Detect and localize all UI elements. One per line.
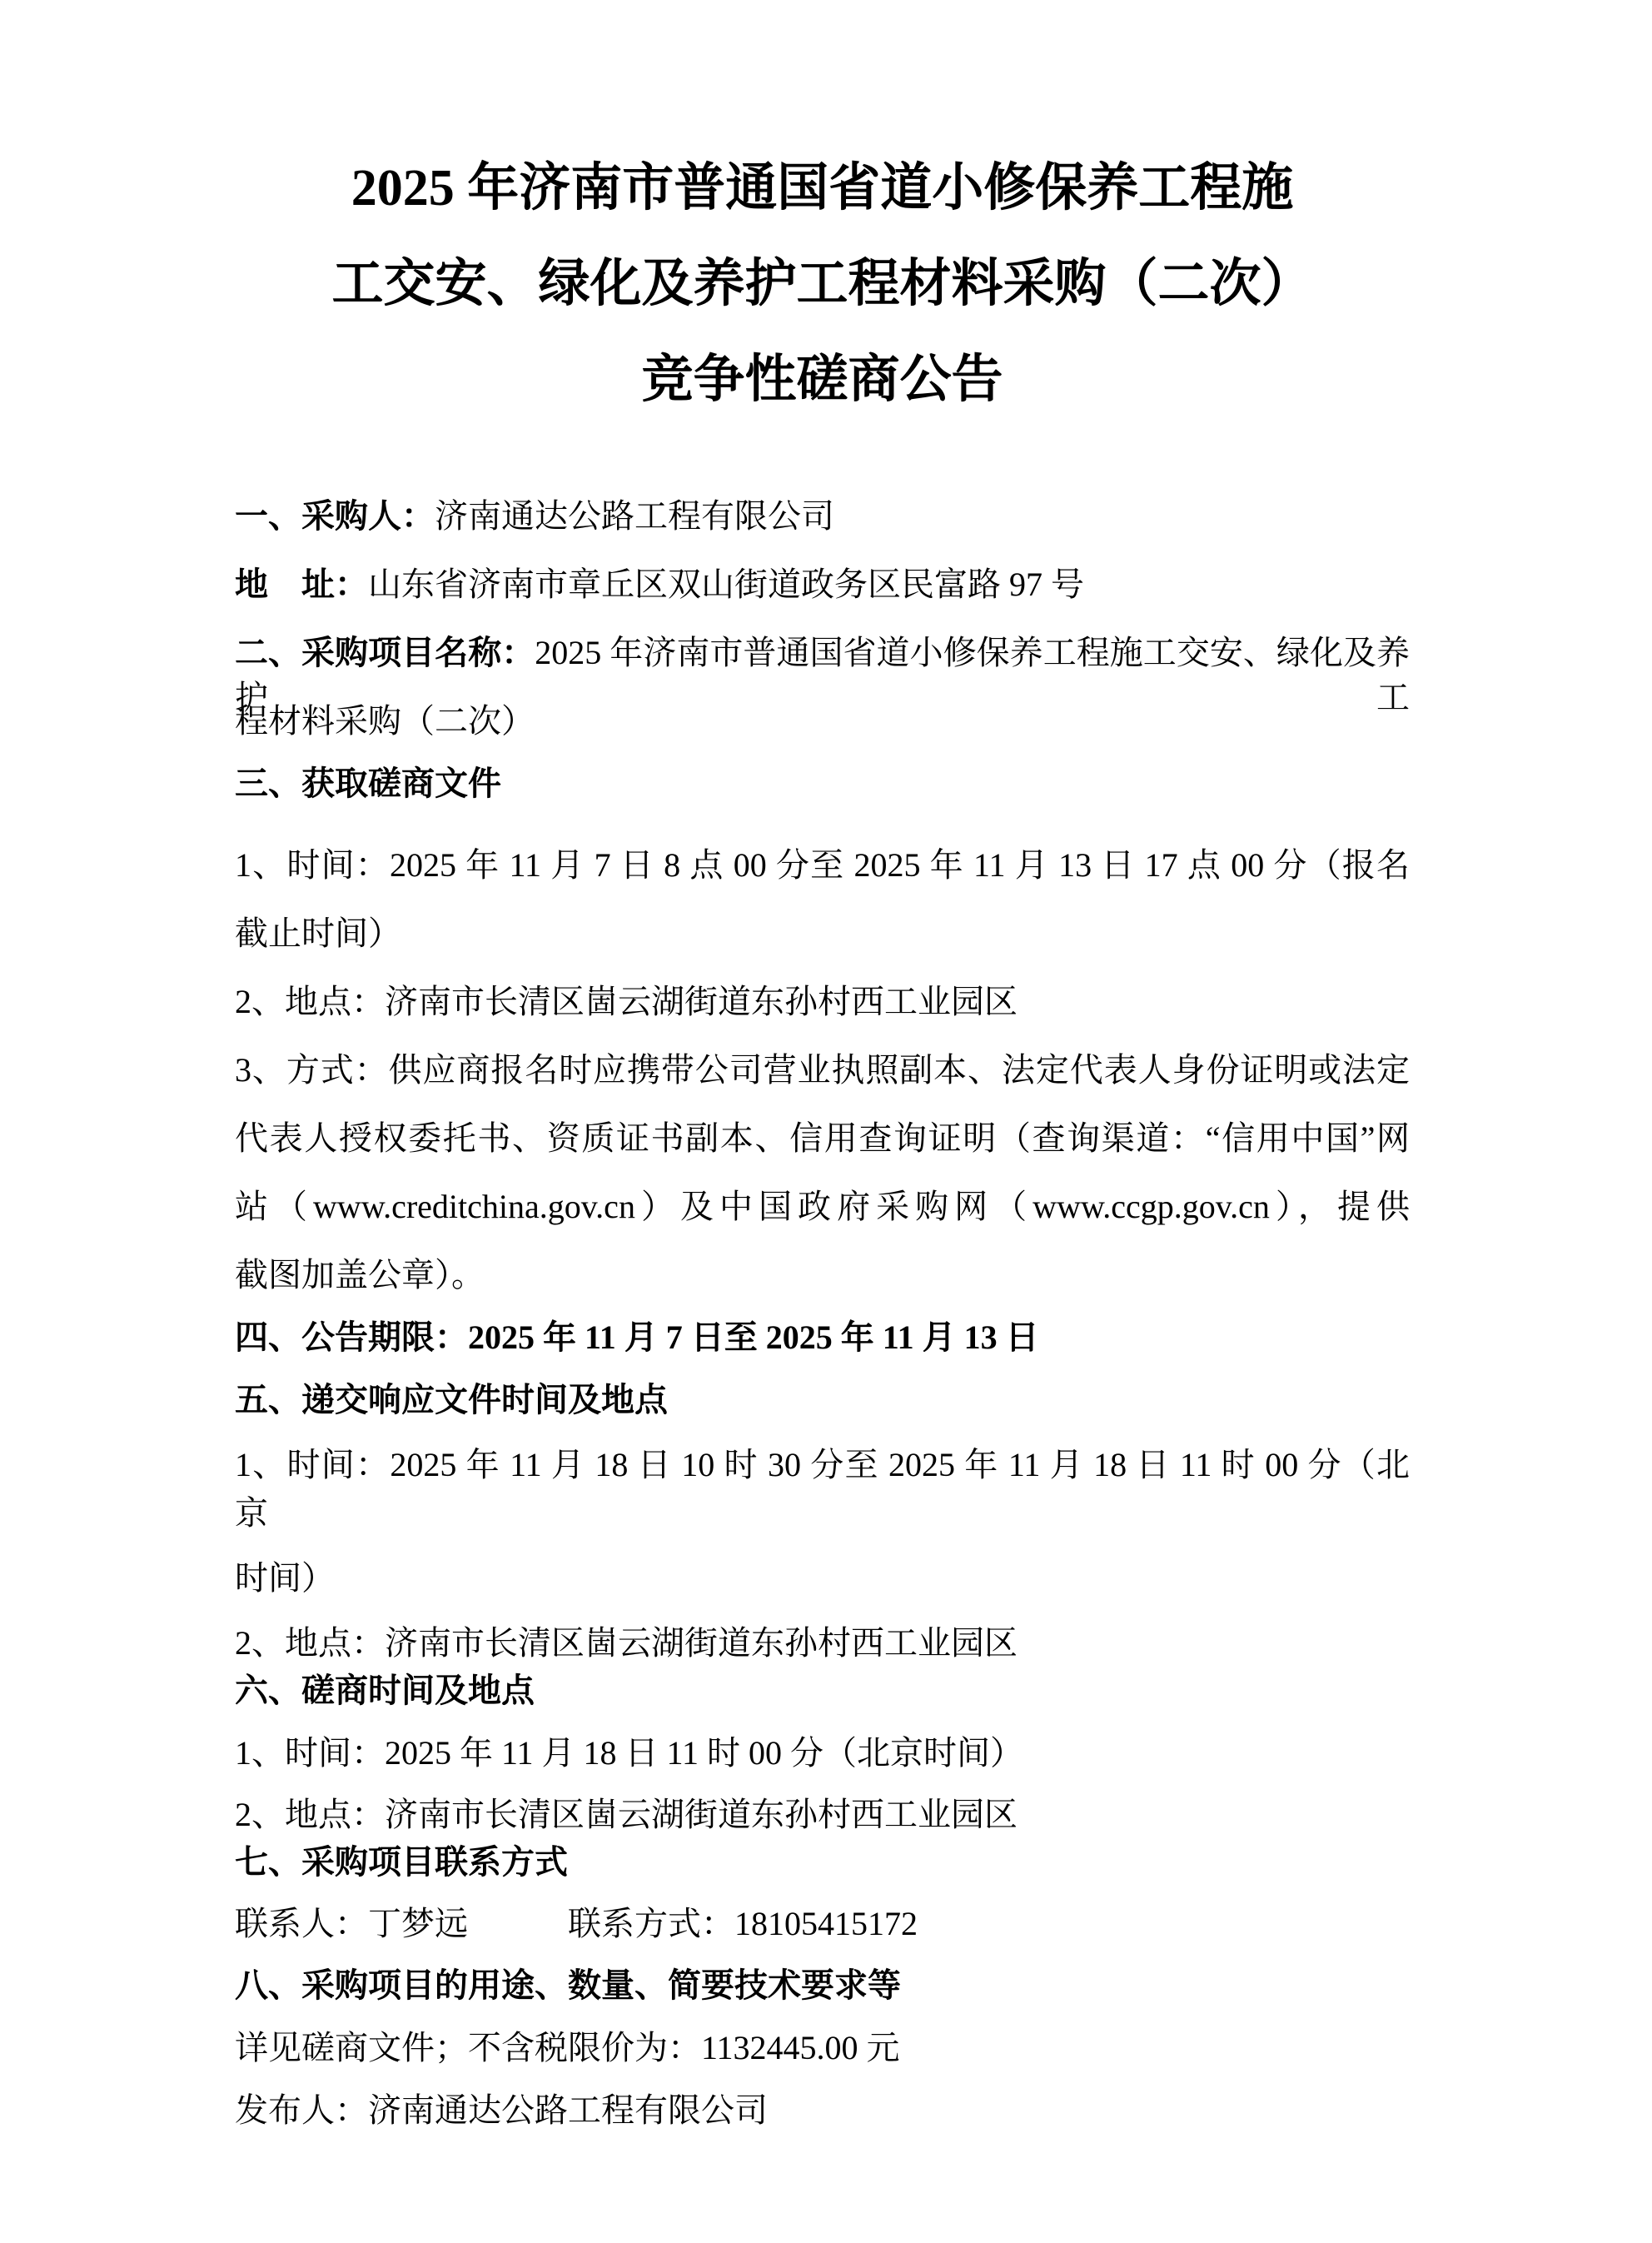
obtain-method-line-3: 站（www.creditchina.gov.cn）及中国政府采购网（www.cc… [235,1184,1410,1253]
line-text: 站（www.creditchina.gov.cn）及中国政府采购网（www.cc… [235,1188,1410,1225]
line-text: 3、方式：供应商报名时应携带公司营业执照副本、法定代表人身份证明或法定 [235,1051,1410,1089]
section-heading-response-submission: 五、递交响应文件时间及地点 [235,1378,1410,1443]
document-title-line-3: 竞争性磋商公告 [235,332,1410,428]
address-line: 地 址：山东省济南市章丘区双山街道政务区民富路 97 号 [235,562,1410,631]
section-heading-obtain-documents: 三、获取磋商文件 [235,761,1410,843]
line-text: 济南通达公路工程有限公司 [435,497,834,535]
line-label: 四、公告期限：2025 年 11 月 7 日至 2025 年 11 月 13 日 [235,1318,1039,1356]
line-text: 程材料采购（二次） [235,702,535,740]
consultation-time-line: 1、时间：2025 年 11 月 18 日 11 时 00 分（北京时间） [235,1731,1410,1792]
line-text: 截止时间） [235,915,401,952]
line-label: 地 址： [235,566,368,603]
line-text: 1、时间：2025 年 11 月 18 日 10 时 30 分至 2025 年 … [235,1446,1410,1483]
line-text: 发布人：济南通达公路工程有限公司 [235,2091,768,2129]
obtain-method-line-4: 截图加盖公章）。 [235,1253,1410,1315]
purchaser-line: 一、采购人：济南通达公路工程有限公司 [235,494,1410,562]
line-label: 二、采购项目名称： [235,634,535,671]
section-heading-requirements: 八、采购项目的用途、数量、简要技术要求等 [235,1963,1410,2026]
requirements-line: 详见磋商文件；不含税限价为：1132445.00 元 [235,2026,1410,2088]
line-text: 2、地点：济南市长清区崮云湖街道东孙村西工业园区 [235,1624,1018,1662]
line-text: 山东省济南市章丘区双山街道政务区民富路 97 号 [368,566,1084,603]
publisher-line: 发布人：济南通达公路工程有限公司 [235,2088,1410,2151]
obtain-method-line-1: 3、方式：供应商报名时应携带公司营业执照副本、法定代表人身份证明或法定 [235,1048,1410,1116]
obtain-time-continuation-line: 截止时间） [235,911,1410,979]
section-heading-contact: 七、采购项目联系方式 [235,1840,1410,1902]
line-label: 三、获取磋商文件 [235,765,501,802]
document-content: 2025 年济南市普通国省道小修保养工程施 工交安、绿化及养护工程材料采购（二次… [235,0,1410,2151]
line-text: 时间） [235,1559,335,1597]
line-text: 详见磋商文件；不含税限价为：1132445.00 元 [235,2029,900,2066]
line-text: 1、时间：2025 年 11 月 18 日 11 时 00 分（北京时间） [235,1734,1023,1772]
submission-time-line: 1、时间：2025 年 11 月 18 日 10 时 30 分至 2025 年 … [235,1443,1410,1491]
document-body: 一、采购人：济南通达公路工程有限公司 地 址：山东省济南市章丘区双山街道政务区民… [235,494,1410,2151]
consultation-location-line: 2、地点：济南市长清区崮云湖街道东孙村西工业园区 [235,1792,1410,1840]
obtain-location-line: 2、地点：济南市长清区崮云湖街道东孙村西工业园区 [235,979,1410,1048]
section-heading-consultation-time: 六、磋商时间及地点 [235,1668,1410,1731]
line-text: 截图加盖公章）。 [235,1256,485,1293]
contact-line: 联系人：丁梦远 联系方式：18105415172 [235,1902,1410,1963]
line-text: 京 [235,1494,268,1532]
line-label: 一、采购人： [235,497,435,535]
line-text: 1、时间：2025 年 11 月 7 日 8 点 00 分至 2025 年 11… [235,846,1410,884]
line-text: 代表人授权委托书、资质证书副本、信用查询证明（查询渠道：“信用中国”网 [235,1119,1410,1157]
project-name-line: 二、采购项目名称：2025 年济南市普通国省道小修保养工程施工交安、绿化及养护工 [235,631,1410,699]
document-title-line-2: 工交安、绿化及养护工程材料采购（二次） [235,237,1410,332]
obtain-time-line: 1、时间：2025 年 11 月 7 日 8 点 00 分至 2025 年 11… [235,843,1410,911]
document-page: 2025 年济南市普通国省道小修保养工程施 工交安、绿化及养护工程材料采购（二次… [0,0,1652,2243]
submission-location-line: 2、地点：济南市长清区崮云湖街道东孙村西工业园区 [235,1621,1410,1668]
document-title: 2025 年济南市普通国省道小修保养工程施 工交安、绿化及养护工程材料采购（二次… [235,141,1410,428]
line-text: 2、地点：济南市长清区崮云湖街道东孙村西工业园区 [235,1796,1018,1833]
line-label: 五、递交响应文件时间及地点 [235,1381,668,1418]
submission-time-end-line: 时间） [235,1556,1410,1621]
document-title-line-1: 2025 年济南市普通国省道小修保养工程施 [235,141,1410,237]
line-label: 八、采购项目的用途、数量、简要技术要求等 [235,1966,901,2004]
submission-time-wrap-line: 京 [235,1491,1410,1556]
line-label: 六、磋商时间及地点 [235,1672,535,1709]
obtain-method-line-2: 代表人授权委托书、资质证书副本、信用查询证明（查询渠道：“信用中国”网 [235,1116,1410,1184]
line-text: 联系人：丁梦远 联系方式：18105415172 [235,1905,918,1942]
line-label: 七、采购项目联系方式 [235,1843,568,1881]
section-heading-announcement-period: 四、公告期限：2025 年 11 月 7 日至 2025 年 11 月 13 日 [235,1315,1410,1378]
line-text: 2、地点：济南市长清区崮云湖街道东孙村西工业园区 [235,983,1018,1020]
